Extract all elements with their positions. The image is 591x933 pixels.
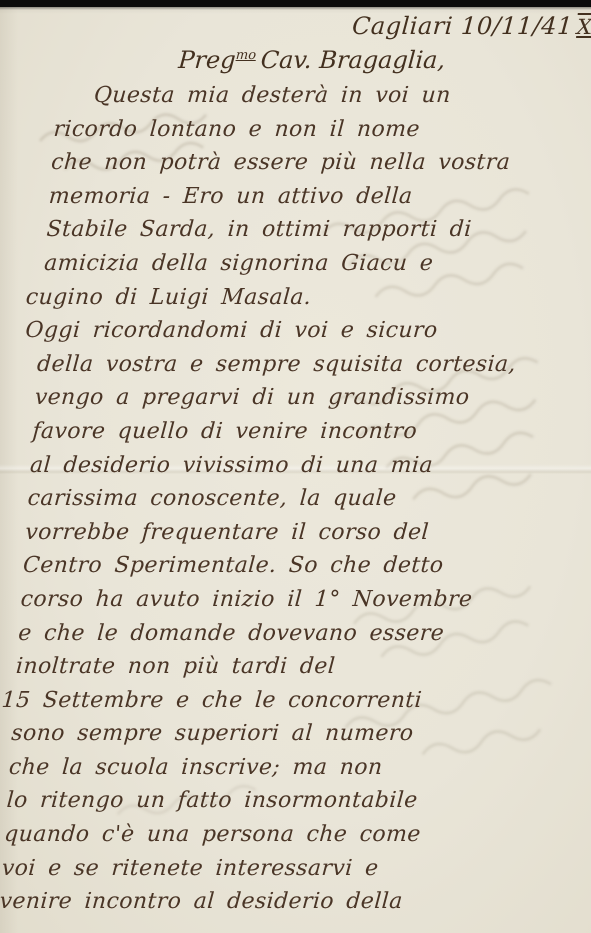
letter-line: venire incontro al desiderio della [0, 885, 556, 919]
letter-line: vengo a pregarvi di un grandissimo [34, 381, 591, 415]
letter-line: Questa mia desterà in voi un [55, 79, 591, 113]
letter-line: 15 Settembre e che le concorrenti [0, 684, 569, 718]
letter-line: che la scuola inscrive; ma non [8, 751, 565, 785]
letter-page: Cagliari 10/11/41XX PregmoCav. Bragaglia… [0, 0, 591, 933]
letter-line: sono sempre superiori al numero [10, 717, 567, 751]
letter-line: corso ha avuto inizio il 1° Novembre [20, 583, 577, 617]
letter-line: Oggi ricordandomi di voi e sicuro [24, 314, 591, 348]
letter-line: amicizia della signorina Giacu e [43, 247, 591, 281]
dateline-era-year: XX [576, 15, 591, 39]
letter-content: Cagliari 10/11/41XX PregmoCav. Bragaglia… [0, 0, 591, 933]
letter-line: cugino di Luigi Masala. [25, 281, 591, 315]
salutation-prefix: Preg [177, 46, 236, 74]
letter-line: al desiderio vivissimo di una mia [29, 449, 586, 483]
dateline-place-date: Cagliari 10/11/41 [351, 12, 574, 40]
letter-line: Centro Sperimentale. So che detto [22, 549, 579, 583]
letter-line: vorrebbe frequentare il corso del [24, 516, 581, 550]
letter-body: Questa mia desterà in voi unricordo lont… [0, 79, 591, 919]
salutation-addressee: Cav. Bragaglia, [260, 46, 446, 74]
letter-line: ricordo lontano e non il nome [52, 113, 591, 147]
letter-line: voi e se ritenete interessarvi e [1, 852, 558, 886]
salutation-superscript: mo [235, 48, 256, 63]
letter-line: che non potrà essere più nella vostra [50, 146, 591, 180]
letter-line: Stabile Sarda, in ottimi rapporti di [45, 213, 591, 247]
letter-line: e che le domande dovevano essere [17, 617, 574, 651]
letter-line: della vostra e sempre squisita cortesia, [36, 348, 591, 382]
salutation: PregmoCav. Bragaglia, [177, 46, 446, 74]
letter-line: lo ritengo un fatto insormontabile [5, 784, 562, 818]
letter-line: carissima conoscente, la quale [27, 482, 584, 516]
letter-line: inoltrate non più tardi del [15, 650, 572, 684]
letter-line: quando c'è una persona che come [3, 818, 560, 852]
dateline: Cagliari 10/11/41XX [351, 12, 591, 40]
letter-line: memoria - Ero un attivo della [48, 180, 591, 214]
letter-line: favore quello di venire incontro [31, 415, 588, 449]
